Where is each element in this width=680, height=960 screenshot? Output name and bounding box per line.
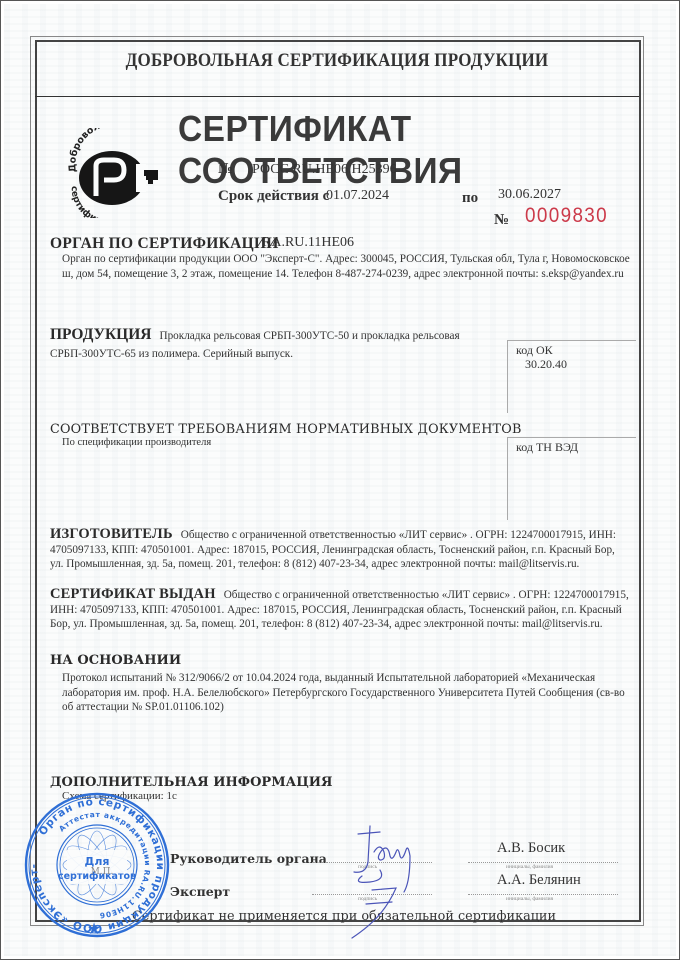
- expert-name: А.А. Белянин: [497, 872, 581, 889]
- certificate-title: СЕРТИФИКАТ СООТВЕТСТВИЯ: [178, 108, 645, 192]
- head-name: А.В. Босик: [497, 840, 565, 857]
- tnved-code-box: код ТН ВЭД: [507, 437, 636, 520]
- validity-to-date: 30.06.2027: [498, 187, 561, 203]
- title-divider: [35, 96, 639, 97]
- validity-from-date: 01.07.2024: [326, 188, 389, 204]
- serial-number: 0009830: [525, 204, 608, 228]
- ok-code-value: 30.20.40: [525, 357, 567, 372]
- certification-body-details: Орган по сертификации продукции ООО "Экс…: [62, 252, 632, 281]
- product-heading: ПРОДУКЦИЯ: [50, 326, 152, 343]
- registration-number: РОСС RU.НЕ06.Н25396: [252, 162, 397, 178]
- registration-number-label: №: [218, 161, 233, 178]
- head-of-body-label: Руководитель органа: [170, 851, 327, 866]
- handwritten-signature-icon: [340, 822, 450, 942]
- expert-name-line: [468, 894, 618, 895]
- conformity-heading: СООТВЕТСТВУЕТ ТРЕБОВАНИЯМ НОРМАТИВНЫХ ДО…: [50, 422, 522, 437]
- serial-number-label: №: [494, 212, 509, 229]
- expert-name-hint: инициалы, фамилия: [506, 896, 553, 902]
- expert-label: Эксперт: [170, 884, 230, 899]
- certification-body-stamp: Орган по сертификации продукции ООО «Экс…: [22, 790, 172, 940]
- certification-body-heading: ОРГАН ПО СЕРТИФИКАЦИИ: [50, 235, 279, 253]
- ok-code-label: код ОК: [516, 343, 553, 358]
- head-name-line: [468, 862, 618, 863]
- validity-label: Срок действия с: [218, 188, 329, 205]
- manufacturer-section: ИЗГОТОВИТЕЛЬОбщество с ограниченной отве…: [50, 527, 630, 572]
- additional-info-heading: ДОПОЛНИТЕЛЬНАЯ ИНФОРМАЦИЯ: [50, 775, 333, 790]
- head-name-hint: инициалы, фамилия: [506, 864, 553, 870]
- basis-heading: НА ОСНОВАНИИ: [50, 653, 181, 668]
- issued-to-heading: СЕРТИФИКАТ ВЫДАН: [50, 586, 216, 602]
- tnved-code-label: код ТН ВЭД: [516, 440, 578, 455]
- manufacturer-heading: ИЗГОТОВИТЕЛЬ: [50, 526, 173, 542]
- basis-details: Протокол испытаний № 312/9066/2 от 10.04…: [62, 671, 632, 715]
- stamp-star-icon: ★: [87, 919, 101, 938]
- stamp-mark-mp: М.П.: [91, 867, 114, 877]
- validity-to-label: по: [462, 190, 478, 207]
- ok-code-box: код ОК 30.20.40: [507, 340, 636, 413]
- rst-logo-icon: Добровольная сертификация: [62, 128, 168, 218]
- issued-to-section: СЕРТИФИКАТ ВЫДАНОбщество с ограниченной …: [50, 587, 630, 632]
- product-section: ПРОДУКЦИЯПрокладка рельсовая СРБП-300УТС…: [50, 326, 500, 362]
- voluntary-certification-title: ДОБРОВОЛЬНАЯ СЕРТИФИКАЦИЯ ПРОДУКЦИИ: [60, 51, 614, 72]
- conformity-documents: По спецификации производителя: [62, 437, 211, 448]
- certification-body-code: RA.RU.11НЕ06: [262, 235, 354, 251]
